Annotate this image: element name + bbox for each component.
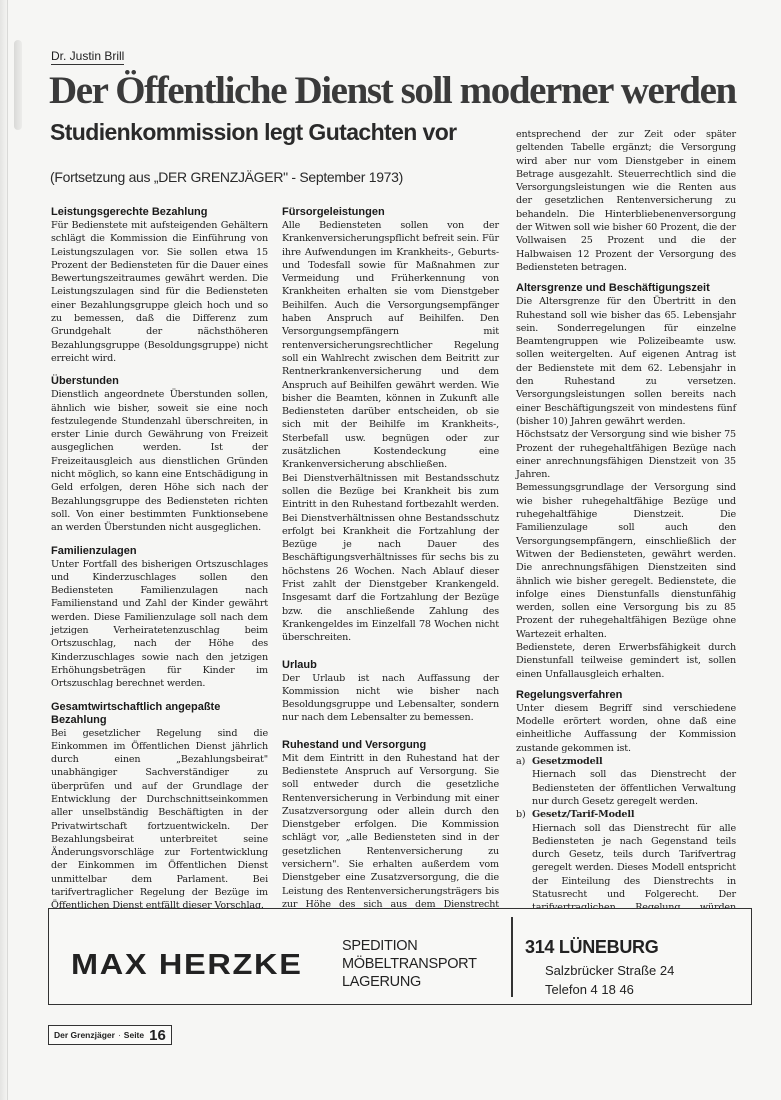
section-body: Mit dem Eintritt in den Ruhestand hat de… <box>282 752 499 925</box>
ad-divider <box>511 917 513 997</box>
section-body: Bei Dienstverhältnissen mit Bestandsschu… <box>282 472 499 645</box>
list-item-title: Gesetzmodell <box>532 755 736 768</box>
section-body: Alle Bediensteten sollen von der Kranken… <box>282 219 499 472</box>
ad-service: MÖBELTRANSPORT <box>342 955 477 973</box>
footer-separator: · <box>118 1030 121 1040</box>
ad-street: Salzbrücker Straße 24 <box>545 963 674 979</box>
section-body: Unter diesem Begriff sind verschiedene M… <box>516 702 736 755</box>
section-body: Höchstsatz der Versorgung sind wie bishe… <box>516 428 736 481</box>
article-column-1: Leistungsgerechte Bezahlung Für Bedienst… <box>51 206 268 913</box>
section-body: Für Bedienstete mit aufsteigenden Gehält… <box>51 219 268 365</box>
ad-city: 314 LÜNEBURG <box>525 936 658 958</box>
section-body: Bedienstete, deren Erwerbsfähigkeit durc… <box>516 641 736 681</box>
continuation-note: (Fortsetzung aus „DER GRENZJÄGER" - Sept… <box>50 168 403 186</box>
section-body: Unter Fortfall des bisherigen Ortszuschl… <box>51 558 268 691</box>
ad-service: SPEDITION <box>342 937 477 955</box>
section-heading: Fürsorgeleistungen <box>282 206 499 219</box>
section-heading: Gesamtwirtschaftlich angepaßte Bezahlung <box>51 701 268 727</box>
article-column-2: Fürsorgeleistungen Alle Bediensteten sol… <box>282 206 499 925</box>
list-marker: a) <box>516 755 532 808</box>
section-heading: Leistungsgerechte Bezahlung <box>51 206 268 219</box>
article-column-3: entsprechend der zur Zeit oder später ge… <box>516 128 736 928</box>
ad-company-name: MAX HERZKE <box>71 949 303 981</box>
section-heading: Überstunden <box>51 375 268 388</box>
section-heading: Familienzulagen <box>51 545 268 558</box>
page-number: 16 <box>149 1027 166 1044</box>
binding-shadow <box>14 40 22 130</box>
list-item-text: Hiernach soll das Dienstrecht der Bedien… <box>532 769 736 807</box>
section-body: Bemessungsgrundlage der Versorgung sind … <box>516 481 736 641</box>
publication-name: Der Grenzjäger <box>54 1030 115 1040</box>
page-footer: Der Grenzjäger · Seite 16 <box>48 1025 172 1045</box>
ad-service: LAGERUNG <box>342 973 477 991</box>
section-body: Bei gesetzlicher Regelung sind die Einko… <box>51 727 268 913</box>
section-heading: Altersgrenze und Beschäftigungszeit <box>516 282 736 295</box>
page-label: Seite <box>124 1030 144 1040</box>
section-body: Dienstlich angeordnete Überstunden solle… <box>51 388 268 534</box>
article-headline: Der Öffentliche Dienst soll moderner wer… <box>49 69 749 113</box>
section-body: entsprechend der zur Zeit oder später ge… <box>516 128 736 274</box>
section-heading: Regelungsverfahren <box>516 689 736 702</box>
article-subheadline: Studienkommission legt Gutachten vor <box>50 118 457 146</box>
section-body: Die Altersgrenze für den Übertritt in de… <box>516 295 736 428</box>
author-byline: Dr. Justin Brill <box>51 49 124 65</box>
section-body: Der Urlaub ist nach Auffassung der Kommi… <box>282 672 499 725</box>
section-heading: Urlaub <box>282 659 499 672</box>
section-heading: Ruhestand und Versorgung <box>282 739 499 752</box>
page-spine-edge <box>0 0 8 1100</box>
list-item: a) Gesetzmodell Hiernach soll das Dienst… <box>516 755 736 808</box>
ad-services: SPEDITION MÖBELTRANSPORT LAGERUNG <box>342 937 477 991</box>
ad-phone: Telefon 4 18 46 <box>545 982 634 998</box>
list-item-title: Gesetz/Tarif-Modell <box>532 808 736 821</box>
advertisement-box: MAX HERZKE SPEDITION MÖBELTRANSPORT LAGE… <box>48 908 752 1005</box>
